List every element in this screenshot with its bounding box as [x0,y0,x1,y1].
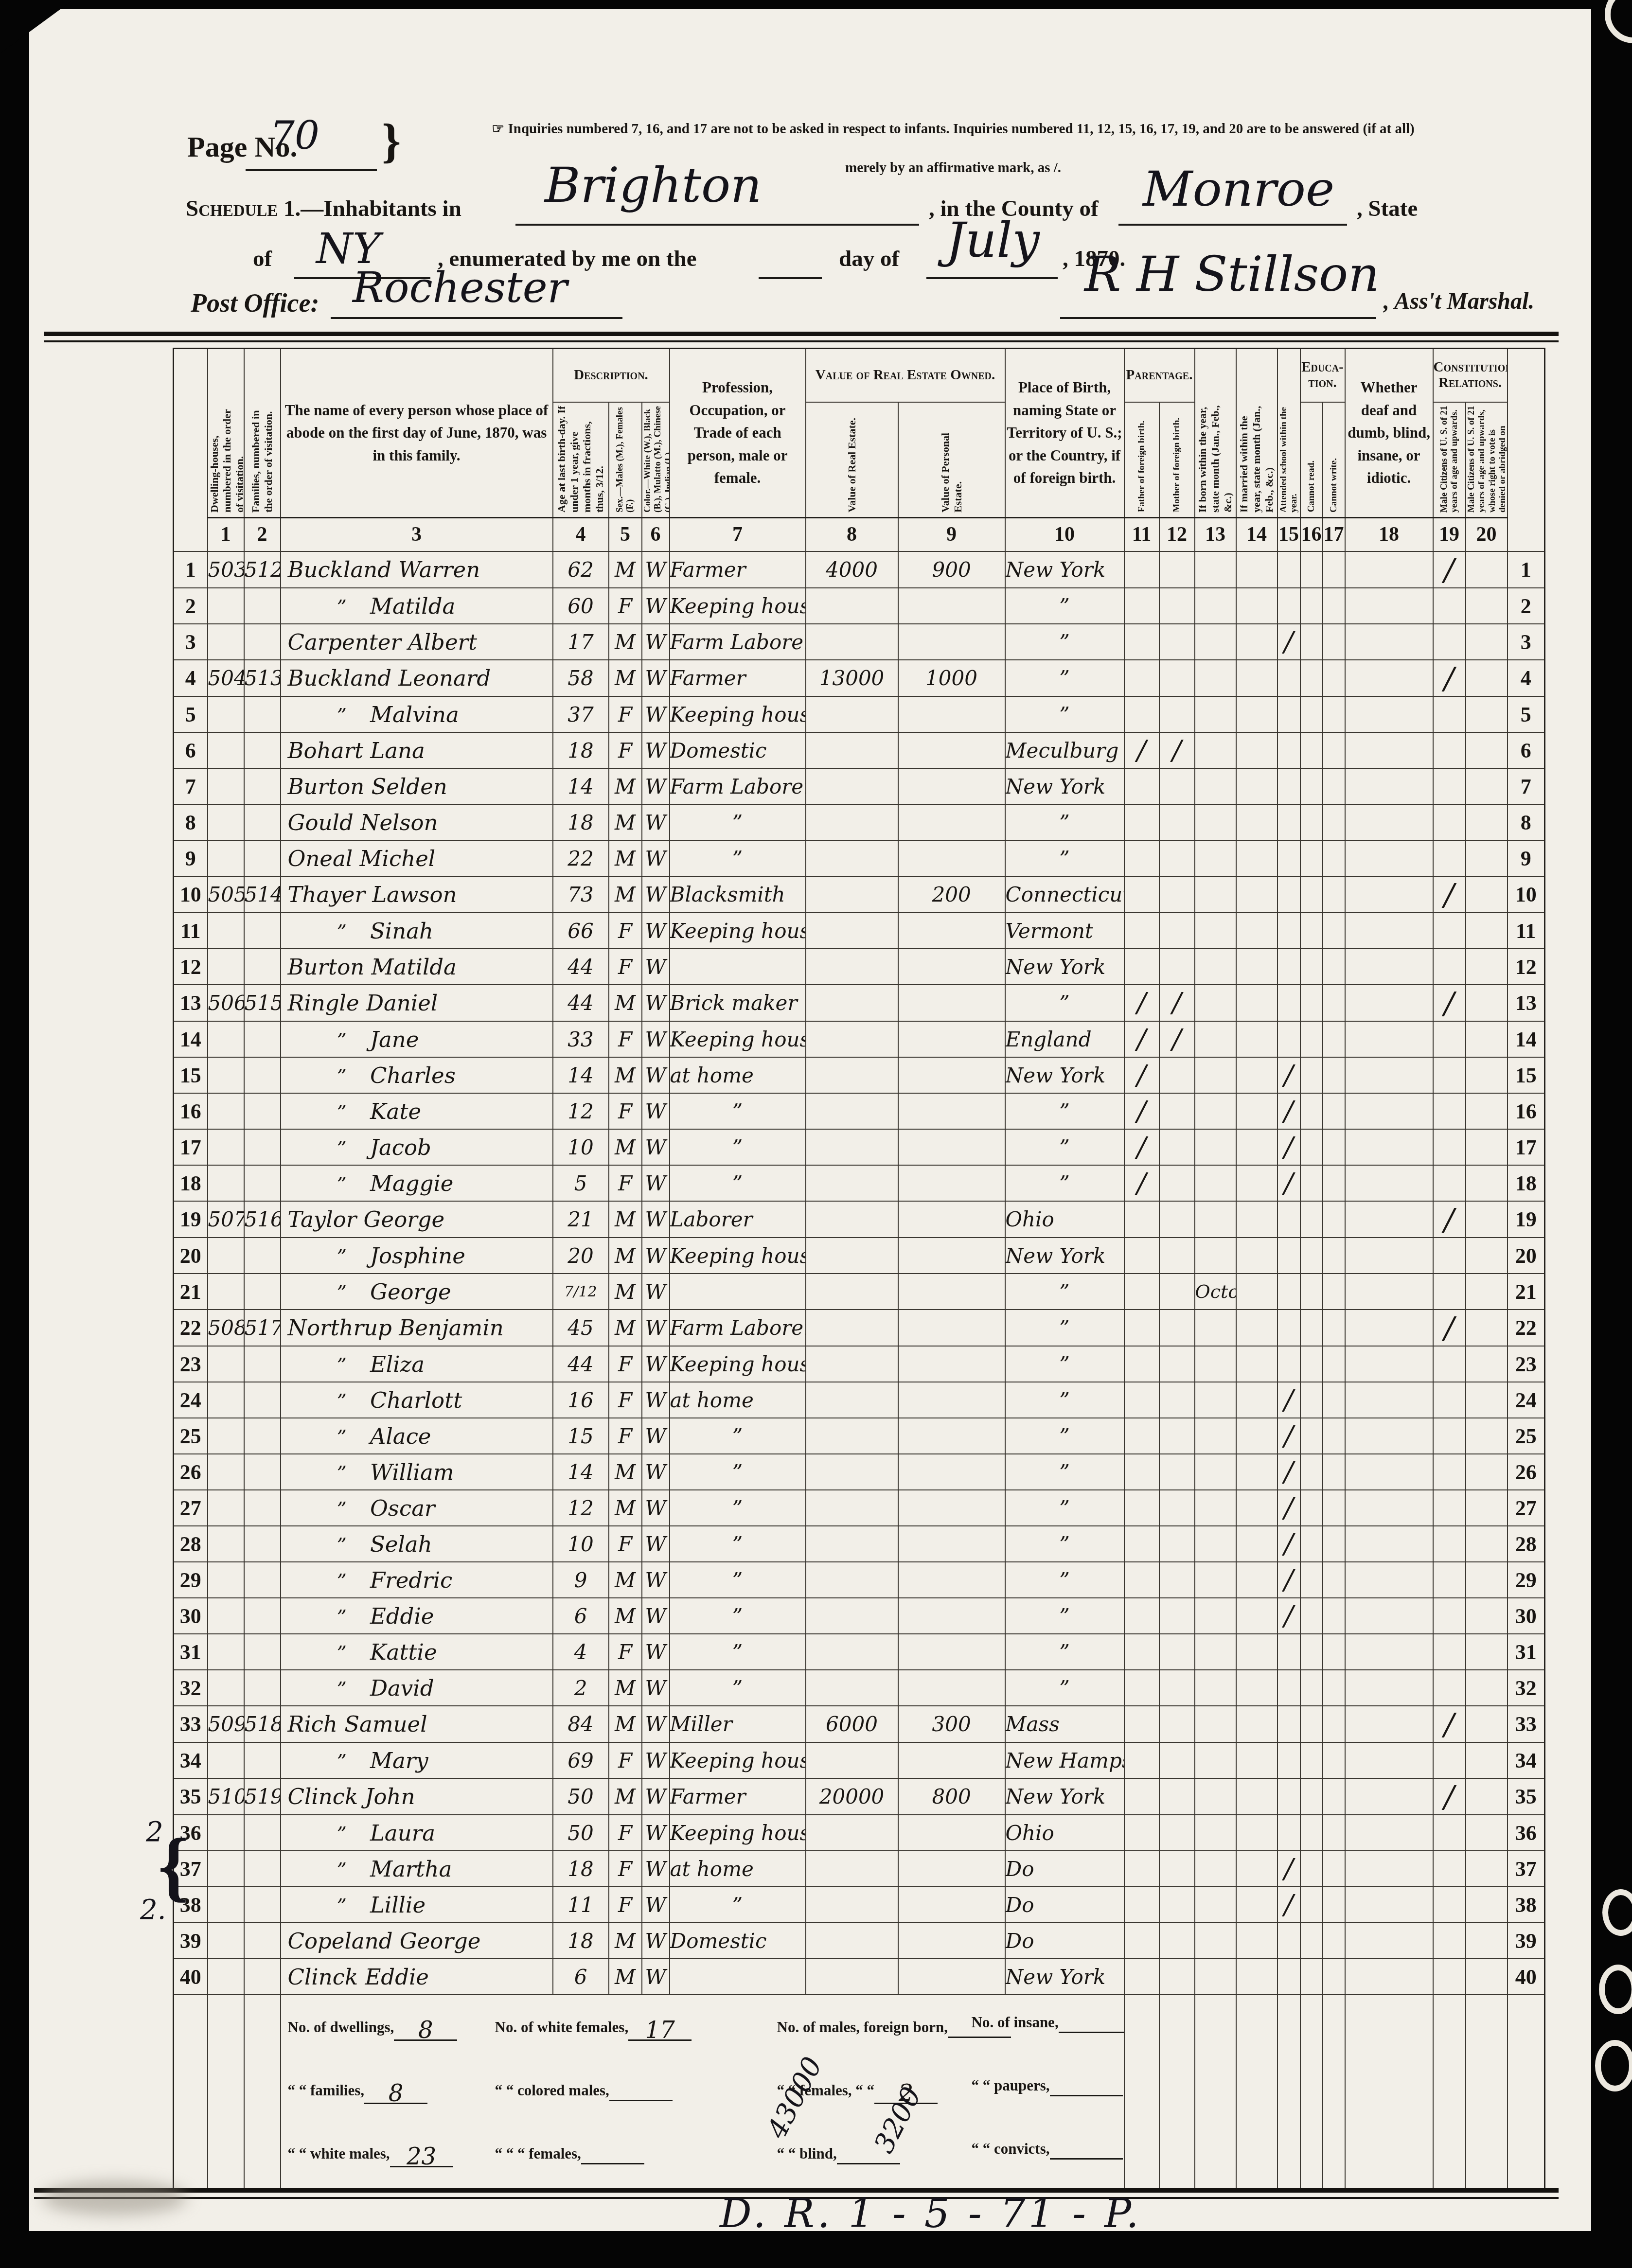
vote-denied-mark [1466,1165,1508,1201]
attended-school-mark: / [1277,1382,1300,1418]
month-married-value [1236,1634,1277,1670]
month-married-value [1236,1129,1277,1165]
census-row: 14”Jane33FWKeeping houseEngland//14 [174,1021,1545,1057]
age: 37 [553,696,609,732]
census-row: 1503512Buckland Warren62MWFarmer4000900N… [174,551,1545,588]
footer-total-pair: “ “ “ females, [495,2145,644,2164]
mother-foreign-mark [1159,913,1195,949]
month-married-value [1236,1562,1277,1598]
dwelling-number [208,1418,244,1454]
person-name: ”Mary [281,1742,553,1778]
month-born-value [1195,1634,1236,1670]
deaf-dumb-entry [1345,732,1433,768]
mother-foreign-mark [1159,1346,1195,1382]
person-name: Clinck Eddie [281,1959,553,1995]
attended-school-mark: / [1277,1165,1300,1201]
dwelling-number [208,588,244,624]
census-row: 32”David2MW””32 [174,1670,1545,1706]
cannot-write-mark [1323,1815,1345,1851]
family-number [244,1274,281,1310]
person-name: Ringle Daniel [281,985,553,1021]
male-citizen-mark [1433,1562,1466,1598]
month-born-value [1195,1201,1236,1238]
census-row: 34”Mary69FWKeeping houseNew Hampshire34 [174,1742,1545,1778]
line-number-right: 34 [1508,1742,1545,1778]
cannot-read-mark [1300,768,1323,804]
footer-total-value [837,2163,900,2164]
sex: M [609,985,642,1021]
person-name: Northrup Benjamin [281,1310,553,1346]
census-row: 22508517Northrup Benjamin45MWFarm Labore… [174,1310,1545,1346]
color: W [642,1923,670,1959]
attended-school-mark [1277,696,1300,732]
occupation: ” [670,1093,806,1129]
footer-right-label: “ “ convicts, [972,2140,1050,2157]
personal-estate-value [898,804,1005,840]
cannot-write-mark [1323,732,1345,768]
occupation [670,1959,806,1995]
footer-total-value [948,2037,1011,2038]
month-born-value [1195,1706,1236,1742]
census-row: 12Burton Matilda44FWNew York12 [174,949,1545,985]
father-foreign-mark [1124,1959,1159,1995]
mother-foreign-mark [1159,1634,1195,1670]
occupation: Domestic [670,1923,806,1959]
age: 33 [553,1021,609,1057]
family-number [244,732,281,768]
color: W [642,1129,670,1165]
family-number [244,1238,281,1274]
cannot-write-mark [1323,1021,1345,1057]
dwelling-number: 507 [208,1201,244,1238]
sex: F [609,1634,642,1670]
month-born-value [1195,660,1236,696]
person-name: Burton Selden [281,768,553,804]
family-number [244,1815,281,1851]
month-born-value [1195,1346,1236,1382]
occupation: ” [670,840,806,876]
line-number-left: 35 [174,1778,208,1815]
father-foreign-mark [1124,1310,1159,1346]
male-citizen-mark: / [1433,1706,1466,1742]
dwelling-number [208,1274,244,1310]
vote-denied-mark [1466,1093,1508,1129]
vote-denied-mark [1466,1201,1508,1238]
color: W [642,1238,670,1274]
male-citizen-mark [1433,1093,1466,1129]
real-estate-value [806,1851,898,1887]
sex: M [609,1310,642,1346]
real-estate-value [806,1490,898,1526]
occupation: Keeping house [670,1815,806,1851]
birthplace: ” [1005,1562,1124,1598]
father-foreign-mark [1124,1201,1159,1238]
month-born-value [1195,1562,1236,1598]
father-foreign-mark [1124,1526,1159,1562]
male-citizen-mark [1433,1346,1466,1382]
dwelling-number [208,804,244,840]
line-number-right-header [1508,349,1545,552]
family-number [244,1923,281,1959]
month-born-value [1195,1021,1236,1057]
cannot-write-mark [1323,949,1345,985]
color: W [642,1815,670,1851]
cannot-write-mark [1323,1526,1345,1562]
age: 10 [553,1526,609,1562]
footer-total-label: No. of white females, [495,2019,629,2036]
deaf-dumb-entry [1345,1562,1433,1598]
line-number-right: 24 [1508,1382,1545,1418]
vote-denied-mark [1466,1346,1508,1382]
mother-foreign-mark [1159,1238,1195,1274]
footer-total-value: 23 [390,2147,453,2167]
male-citizen-mark [1433,1382,1466,1418]
occupation: ” [670,1887,806,1923]
family-number [244,1562,281,1598]
cannot-read-mark [1300,732,1323,768]
group-header-constitutional: Constitutional Relations. [1433,349,1508,402]
state-suffix-label: , State [1357,195,1418,222]
person-name: Gould Nelson [281,804,553,840]
cannot-write-mark [1323,1201,1345,1238]
cannot-read-mark [1300,1418,1323,1454]
month-born-value [1195,588,1236,624]
footer-right-label: “ “ paupers, [972,2077,1050,2094]
dwelling-number [208,1851,244,1887]
footer-right-pair: No. of insane, [972,2014,1124,2033]
footer-right-pair: “ “ convicts, [972,2140,1123,2160]
cannot-read-mark [1300,1959,1323,1995]
line-number-left: 8 [174,804,208,840]
person-name: ”Jacob [281,1129,553,1165]
sex: F [609,696,642,732]
line-number-left: 22 [174,1310,208,1346]
male-citizen-mark [1433,732,1466,768]
cannot-write-mark [1323,1742,1345,1778]
line-number-left: 16 [174,1093,208,1129]
male-citizen-mark [1433,1851,1466,1887]
person-name: ”Alace [281,1418,553,1454]
male-citizen-mark [1433,1454,1466,1490]
occupation: Farm Laborer [670,1310,806,1346]
line-number-left-header [174,349,208,552]
line-number-left: 18 [174,1165,208,1201]
deaf-dumb-entry [1345,1057,1433,1093]
census-footer: No. of dwellings,8No. of white females,1… [174,1995,1545,2189]
deaf-dumb-entry [1345,985,1433,1021]
personal-estate-value [898,1057,1005,1093]
line-number-right: 38 [1508,1887,1545,1923]
real-estate-value [806,1274,898,1310]
personal-estate-value [898,1887,1005,1923]
father-foreign-mark [1124,1887,1159,1923]
cannot-write-mark [1323,1346,1345,1382]
month-born-value [1195,804,1236,840]
col-header-cannot-read: Cannot read. [1300,402,1323,518]
county-handwritten: Monroe [1143,160,1334,217]
family-number [244,1634,281,1670]
schedule-rest: 1.—Inhabitants in [278,196,461,221]
occupation: at home [670,1851,806,1887]
census-row: 16”Kate12FW””//16 [174,1093,1545,1129]
family-number: 514 [244,876,281,913]
dwelling-number [208,732,244,768]
month-married-value [1236,1382,1277,1418]
col-header-vote-denied: Male Citizens of U. S. of 21 years of ag… [1466,402,1508,518]
color: W [642,1201,670,1238]
father-foreign-mark [1124,1851,1159,1887]
line-number-left: 28 [174,1526,208,1562]
family-number [244,913,281,949]
vote-denied-mark [1466,1238,1508,1274]
mother-foreign-mark [1159,876,1195,913]
dwelling-number: 503 [208,551,244,588]
sex: M [609,1670,642,1706]
father-foreign-mark [1124,1346,1159,1382]
deaf-dumb-entry [1345,1310,1433,1346]
family-number [244,1670,281,1706]
age: 58 [553,660,609,696]
sex: M [609,660,642,696]
attended-school-mark: / [1277,1851,1300,1887]
occupation: Farmer [670,1778,806,1815]
cannot-read-mark [1300,1670,1323,1706]
line-number-left: 15 [174,1057,208,1093]
occupation: Keeping house [670,913,806,949]
col-header-personal-estate-value: Value of Personal Estate. [898,402,1005,518]
age: 44 [553,1346,609,1382]
month-born-value [1195,1815,1236,1851]
cannot-read-mark [1300,1851,1323,1887]
deaf-dumb-entry [1345,1526,1433,1562]
footer-total-pair: No. of dwellings,8 [288,2019,458,2041]
dwelling-number [208,1382,244,1418]
mother-foreign-mark [1159,1418,1195,1454]
month-born-value [1195,551,1236,588]
cannot-read-mark [1300,1310,1323,1346]
cannot-write-mark [1323,1562,1345,1598]
line-number-left: 1 [174,551,208,588]
person-name: ”George [281,1274,553,1310]
occupation: Domestic [670,732,806,768]
cannot-write-mark [1323,1382,1345,1418]
male-citizen-mark: / [1433,876,1466,913]
real-estate-value [806,1238,898,1274]
father-foreign-mark [1124,1670,1159,1706]
deaf-dumb-entry [1345,1634,1433,1670]
family-number [244,1598,281,1634]
col-header-birthplace: Place of Birth, naming State or Territor… [1005,349,1124,518]
col-header-cannot-write: Cannot write. [1323,402,1345,518]
mother-foreign-mark [1159,1490,1195,1526]
birthplace: New York [1005,1778,1124,1815]
personal-estate-value [898,1742,1005,1778]
birthplace: Mass [1005,1706,1124,1742]
deaf-dumb-entry [1345,1670,1433,1706]
deaf-dumb-entry [1345,1742,1433,1778]
attended-school-mark: / [1277,1418,1300,1454]
mother-foreign-mark [1159,1562,1195,1598]
vote-denied-mark [1466,1959,1508,1995]
sex: M [609,768,642,804]
color: W [642,1093,670,1129]
vote-denied-mark [1466,696,1508,732]
personal-estate-value [898,1201,1005,1238]
person-name: ”David [281,1670,553,1706]
birthplace: ” [1005,1454,1124,1490]
male-citizen-mark [1433,949,1466,985]
real-estate-value [806,1923,898,1959]
male-citizen-mark [1433,1274,1466,1310]
deaf-dumb-entry [1345,1923,1433,1959]
age: 11 [553,1887,609,1923]
line-number-right: 2 [1508,588,1545,624]
deaf-dumb-entry [1345,1274,1433,1310]
line-number-left: 29 [174,1562,208,1598]
attended-school-mark: / [1277,1598,1300,1634]
male-citizen-mark [1433,1959,1466,1995]
personal-estate-value [898,840,1005,876]
father-foreign-mark: / [1124,985,1159,1021]
month-born-value [1195,1598,1236,1634]
color: W [642,551,670,588]
birthplace: Connecticut [1005,876,1124,913]
deaf-dumb-entry [1345,768,1433,804]
male-citizen-mark [1433,1490,1466,1526]
month-married-value [1236,1923,1277,1959]
family-number: 513 [244,660,281,696]
family-number [244,1851,281,1887]
birthplace: New York [1005,551,1124,588]
birthplace: Do [1005,1851,1124,1887]
month-born-value [1195,1382,1236,1418]
cannot-read-mark [1300,1129,1323,1165]
census-row: 6Bohart Lana18FWDomesticMeculburg//6 [174,732,1545,768]
dwelling-number [208,1057,244,1093]
dwelling-number [208,1346,244,1382]
age: 10 [553,1129,609,1165]
cannot-read-mark [1300,1201,1323,1238]
male-citizen-mark [1433,913,1466,949]
deaf-dumb-entry [1345,876,1433,913]
color: W [642,1382,670,1418]
real-estate-value [806,1165,898,1201]
personal-estate-value [898,588,1005,624]
line-number-left: 21 [174,1274,208,1310]
occupation: ” [670,1490,806,1526]
male-citizen-mark: / [1433,1778,1466,1815]
real-estate-value [806,876,898,913]
male-citizen-mark [1433,1742,1466,1778]
color: W [642,804,670,840]
line-number-right: 13 [1508,985,1545,1021]
census-row: 3Carpenter Albert17MWFarm Laborer”/3 [174,624,1545,660]
month-born-value [1195,696,1236,732]
birthplace: ” [1005,1310,1124,1346]
cannot-write-mark [1323,804,1345,840]
attended-school-mark: / [1277,1129,1300,1165]
line-number-left: 32 [174,1670,208,1706]
real-estate-value [806,1201,898,1238]
personal-estate-value [898,1238,1005,1274]
census-scan-page: { "page": { "page_no_label": "Page No.",… [0,0,1632,2268]
age: 18 [553,732,609,768]
footer-total-value: 8 [364,2084,427,2104]
real-estate-value: 13000 [806,660,898,696]
birthplace: New York [1005,1238,1124,1274]
family-number: 517 [244,1310,281,1346]
col-header-color: Color.—White (W.), Black (B.), Mulatto (… [642,402,670,518]
vote-denied-mark [1466,1815,1508,1851]
person-name: ”Jane [281,1021,553,1057]
male-citizen-mark [1433,1238,1466,1274]
footer-total-pair: No. of white females,17 [495,2019,692,2041]
line-number-right: 8 [1508,804,1545,840]
birthplace: England [1005,1021,1124,1057]
month-born-value [1195,1238,1236,1274]
cannot-read-mark [1300,876,1323,913]
vote-denied-mark [1466,1562,1508,1598]
mother-foreign-mark [1159,1923,1195,1959]
sex: F [609,588,642,624]
personal-estate-value [898,1923,1005,1959]
personal-estate-value: 200 [898,876,1005,913]
family-number: 516 [244,1201,281,1238]
dwelling-number [208,1815,244,1851]
occupation: ” [670,1526,806,1562]
personal-estate-value [898,1815,1005,1851]
father-foreign-mark [1124,1274,1159,1310]
month-married-value [1236,1959,1277,1995]
cannot-read-mark [1300,1238,1323,1274]
occupation: Miller [670,1706,806,1742]
birthplace: ” [1005,985,1124,1021]
col-header-real-estate-value: Value of Real Estate. [806,402,898,518]
cannot-read-mark [1300,949,1323,985]
cannot-write-mark [1323,1706,1345,1742]
personal-estate-value [898,1490,1005,1526]
footer-total-label: No. of dwellings, [288,2019,394,2036]
line-number-left: 34 [174,1742,208,1778]
birthplace: New York [1005,768,1124,804]
male-citizen-mark [1433,1057,1466,1093]
male-citizen-mark: / [1433,551,1466,588]
cannot-read-mark [1300,1634,1323,1670]
attended-school-mark: / [1277,1490,1300,1526]
deaf-dumb-entry [1345,551,1433,588]
family-number [244,1887,281,1923]
occupation: ” [670,1670,806,1706]
personal-estate-value: 300 [898,1706,1005,1742]
mother-foreign-mark [1159,624,1195,660]
dwelling-number [208,1490,244,1526]
attended-school-mark [1277,1670,1300,1706]
age: 12 [553,1093,609,1129]
line-number-right: 28 [1508,1526,1545,1562]
cannot-write-mark [1323,913,1345,949]
vote-denied-mark [1466,1887,1508,1923]
line-number-left: 12 [174,949,208,985]
real-estate-value [806,768,898,804]
birthplace: New Hampshire [1005,1742,1124,1778]
col-header-dwelling: Dwelling-houses, numbered in the order o… [208,349,244,518]
father-foreign-mark [1124,768,1159,804]
month-married-value [1236,1057,1277,1093]
personal-estate-value [898,1851,1005,1887]
cannot-write-mark [1323,1129,1345,1165]
footer-total-pair: “ “ colored males, [495,2082,673,2101]
personal-estate-value [898,1021,1005,1057]
